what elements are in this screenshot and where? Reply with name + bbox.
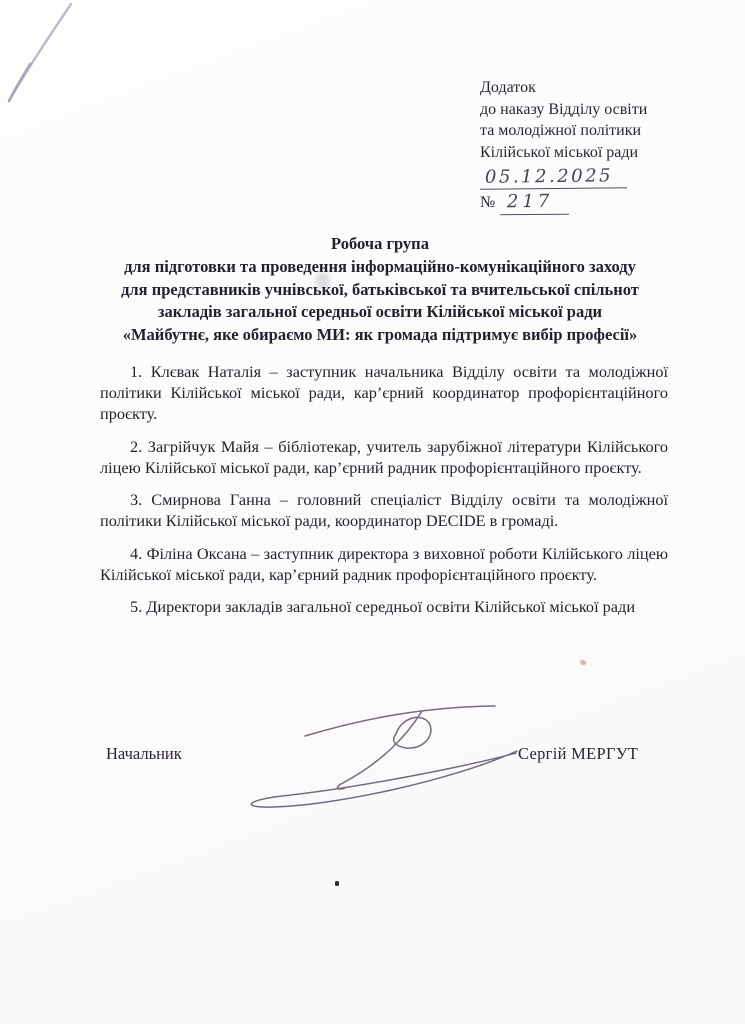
member-item: 2. Загрійчук Майя – бібліотекар, учитель…: [100, 436, 668, 478]
header-line: та молодіжної політики: [480, 120, 710, 142]
members-list: 1. Клєвак Наталія – заступник начальника…: [100, 361, 668, 629]
scan-speck-artifact: [579, 659, 587, 667]
header-line: до наказу Відділу освіти: [480, 99, 710, 121]
scan-scratch-artifact: [0, 0, 95, 112]
order-date-handwritten: 05.12.2025: [480, 164, 627, 189]
header-line: Кілійської міської ради: [480, 142, 710, 164]
member-item: 4. Філіна Оксана – заступник директора з…: [100, 543, 668, 585]
number-sign: №: [480, 194, 495, 211]
member-item: 5. Директори закладів загальної середньо…: [100, 596, 668, 617]
scan-dot-artifact: [335, 881, 339, 886]
title-line: для підготовки та проведення інформаційн…: [10, 256, 745, 279]
signatory-name: Сергій МЕРГУТ: [518, 744, 638, 764]
member-item: 1. Клєвак Наталія – заступник начальника…: [100, 361, 668, 424]
header-line: Додаток: [480, 77, 710, 99]
document-page: Додаток до наказу Відділу освіти та моло…: [0, 0, 745, 1024]
order-reference-block: Додаток до наказу Відділу освіти та моло…: [480, 77, 710, 214]
member-item: 3. Смирнова Ганна – головний спеціаліст …: [100, 489, 668, 531]
title-line: «Майбутнє, яке обираємо МИ: як громада п…: [10, 324, 745, 347]
order-number-handwritten: 217: [500, 190, 570, 214]
title-line: для представників учнівської, батьківськ…: [10, 279, 745, 302]
title-line: Робоча група: [10, 233, 745, 256]
document-title: Робоча група для підготовки та проведенн…: [10, 233, 745, 347]
signature-autograph: [225, 690, 525, 820]
title-line: закладів загальної середньої освіти Кілі…: [10, 301, 745, 324]
signatory-position: Начальник: [106, 744, 182, 764]
